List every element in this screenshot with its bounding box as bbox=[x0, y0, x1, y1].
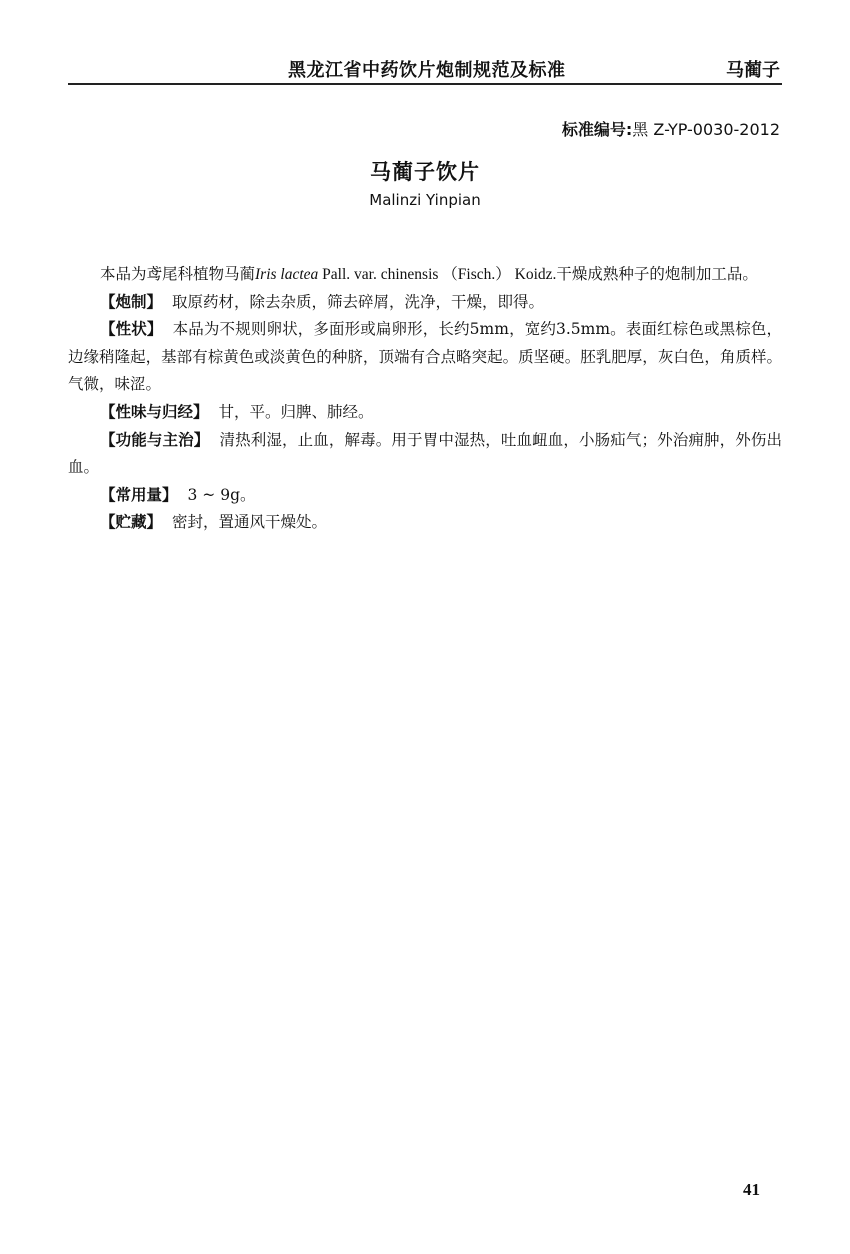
section-heading: 【炮制】 bbox=[100, 293, 162, 311]
intro-text-post: 干燥成熟种子的炮制加工品。 bbox=[556, 265, 758, 283]
section-text: 3 ~ 9g。 bbox=[188, 486, 256, 504]
section-heading: 【贮藏】 bbox=[100, 513, 162, 531]
section-text: 甘，平。归脾、肺经。 bbox=[219, 403, 374, 421]
running-head-drug-name: 马蔺子 bbox=[726, 56, 780, 82]
standard-number-value: 黑 Z-YP-0030-2012 bbox=[632, 120, 780, 139]
monograph-title: 马蔺子饮片 bbox=[0, 156, 850, 186]
page-number: 41 bbox=[743, 1180, 760, 1200]
section-heading: 【性状】 bbox=[100, 320, 163, 338]
section-property-meridian: 【性味与归经】甘，平。归脾、肺经。 bbox=[68, 399, 782, 427]
intro-paragraph: 本品为鸢尾科植物马蔺Iris lactea Pall. var. chinens… bbox=[68, 261, 782, 289]
intro-text-pre: 本品为鸢尾科植物马蔺 bbox=[100, 265, 255, 283]
header-rule-divider bbox=[68, 83, 782, 85]
section-description: 【性状】本品为不规则卵状，多面形或扁卵形，长约5mm，宽约3.5mm。表面红棕色… bbox=[68, 316, 782, 399]
section-text: 密封，置通风干燥处。 bbox=[172, 513, 327, 531]
section-dosage: 【常用量】3 ~ 9g。 bbox=[68, 482, 782, 510]
monograph-title-pinyin: Malinzi Yinpian bbox=[0, 191, 850, 209]
section-processing: 【炮制】取原药材，除去杂质，筛去碎屑，洗净，干燥，即得。 bbox=[68, 289, 782, 317]
monograph-body: 本品为鸢尾科植物马蔺Iris lactea Pall. var. chinens… bbox=[68, 261, 782, 537]
section-heading: 【常用量】 bbox=[100, 486, 178, 504]
standard-number-label: 标准编号: bbox=[562, 120, 632, 139]
running-head: 黑龙江省中药饮片炮制规范及标准 马蔺子 bbox=[68, 54, 780, 82]
latin-name-italic: Iris lactea bbox=[255, 266, 318, 283]
section-storage: 【贮藏】密封，置通风干燥处。 bbox=[68, 509, 782, 537]
latin-name: Iris lactea Pall. var. chinensis （Fisch.… bbox=[255, 266, 556, 283]
section-heading: 【性味与归经】 bbox=[100, 403, 209, 421]
standard-number: 标准编号:黑 Z-YP-0030-2012 bbox=[562, 117, 780, 140]
latin-name-plain: Pall. var. chinensis （Fisch.） Koidz. bbox=[318, 266, 556, 283]
running-head-book-title: 黑龙江省中药饮片炮制规范及标准 bbox=[288, 56, 566, 82]
section-function-indication: 【功能与主治】清热利湿，止血，解毒。用于胃中湿热，吐血衄血，小肠疝气；外治痈肿，… bbox=[68, 427, 782, 482]
section-text: 取原药材，除去杂质，筛去碎屑，洗净，干燥，即得。 bbox=[172, 293, 544, 311]
section-text: 本品为不规则卵状，多面形或扁卵形，长约5mm，宽约3.5mm。表面红棕色或黑棕色… bbox=[68, 320, 782, 393]
section-heading: 【功能与主治】 bbox=[100, 431, 209, 449]
